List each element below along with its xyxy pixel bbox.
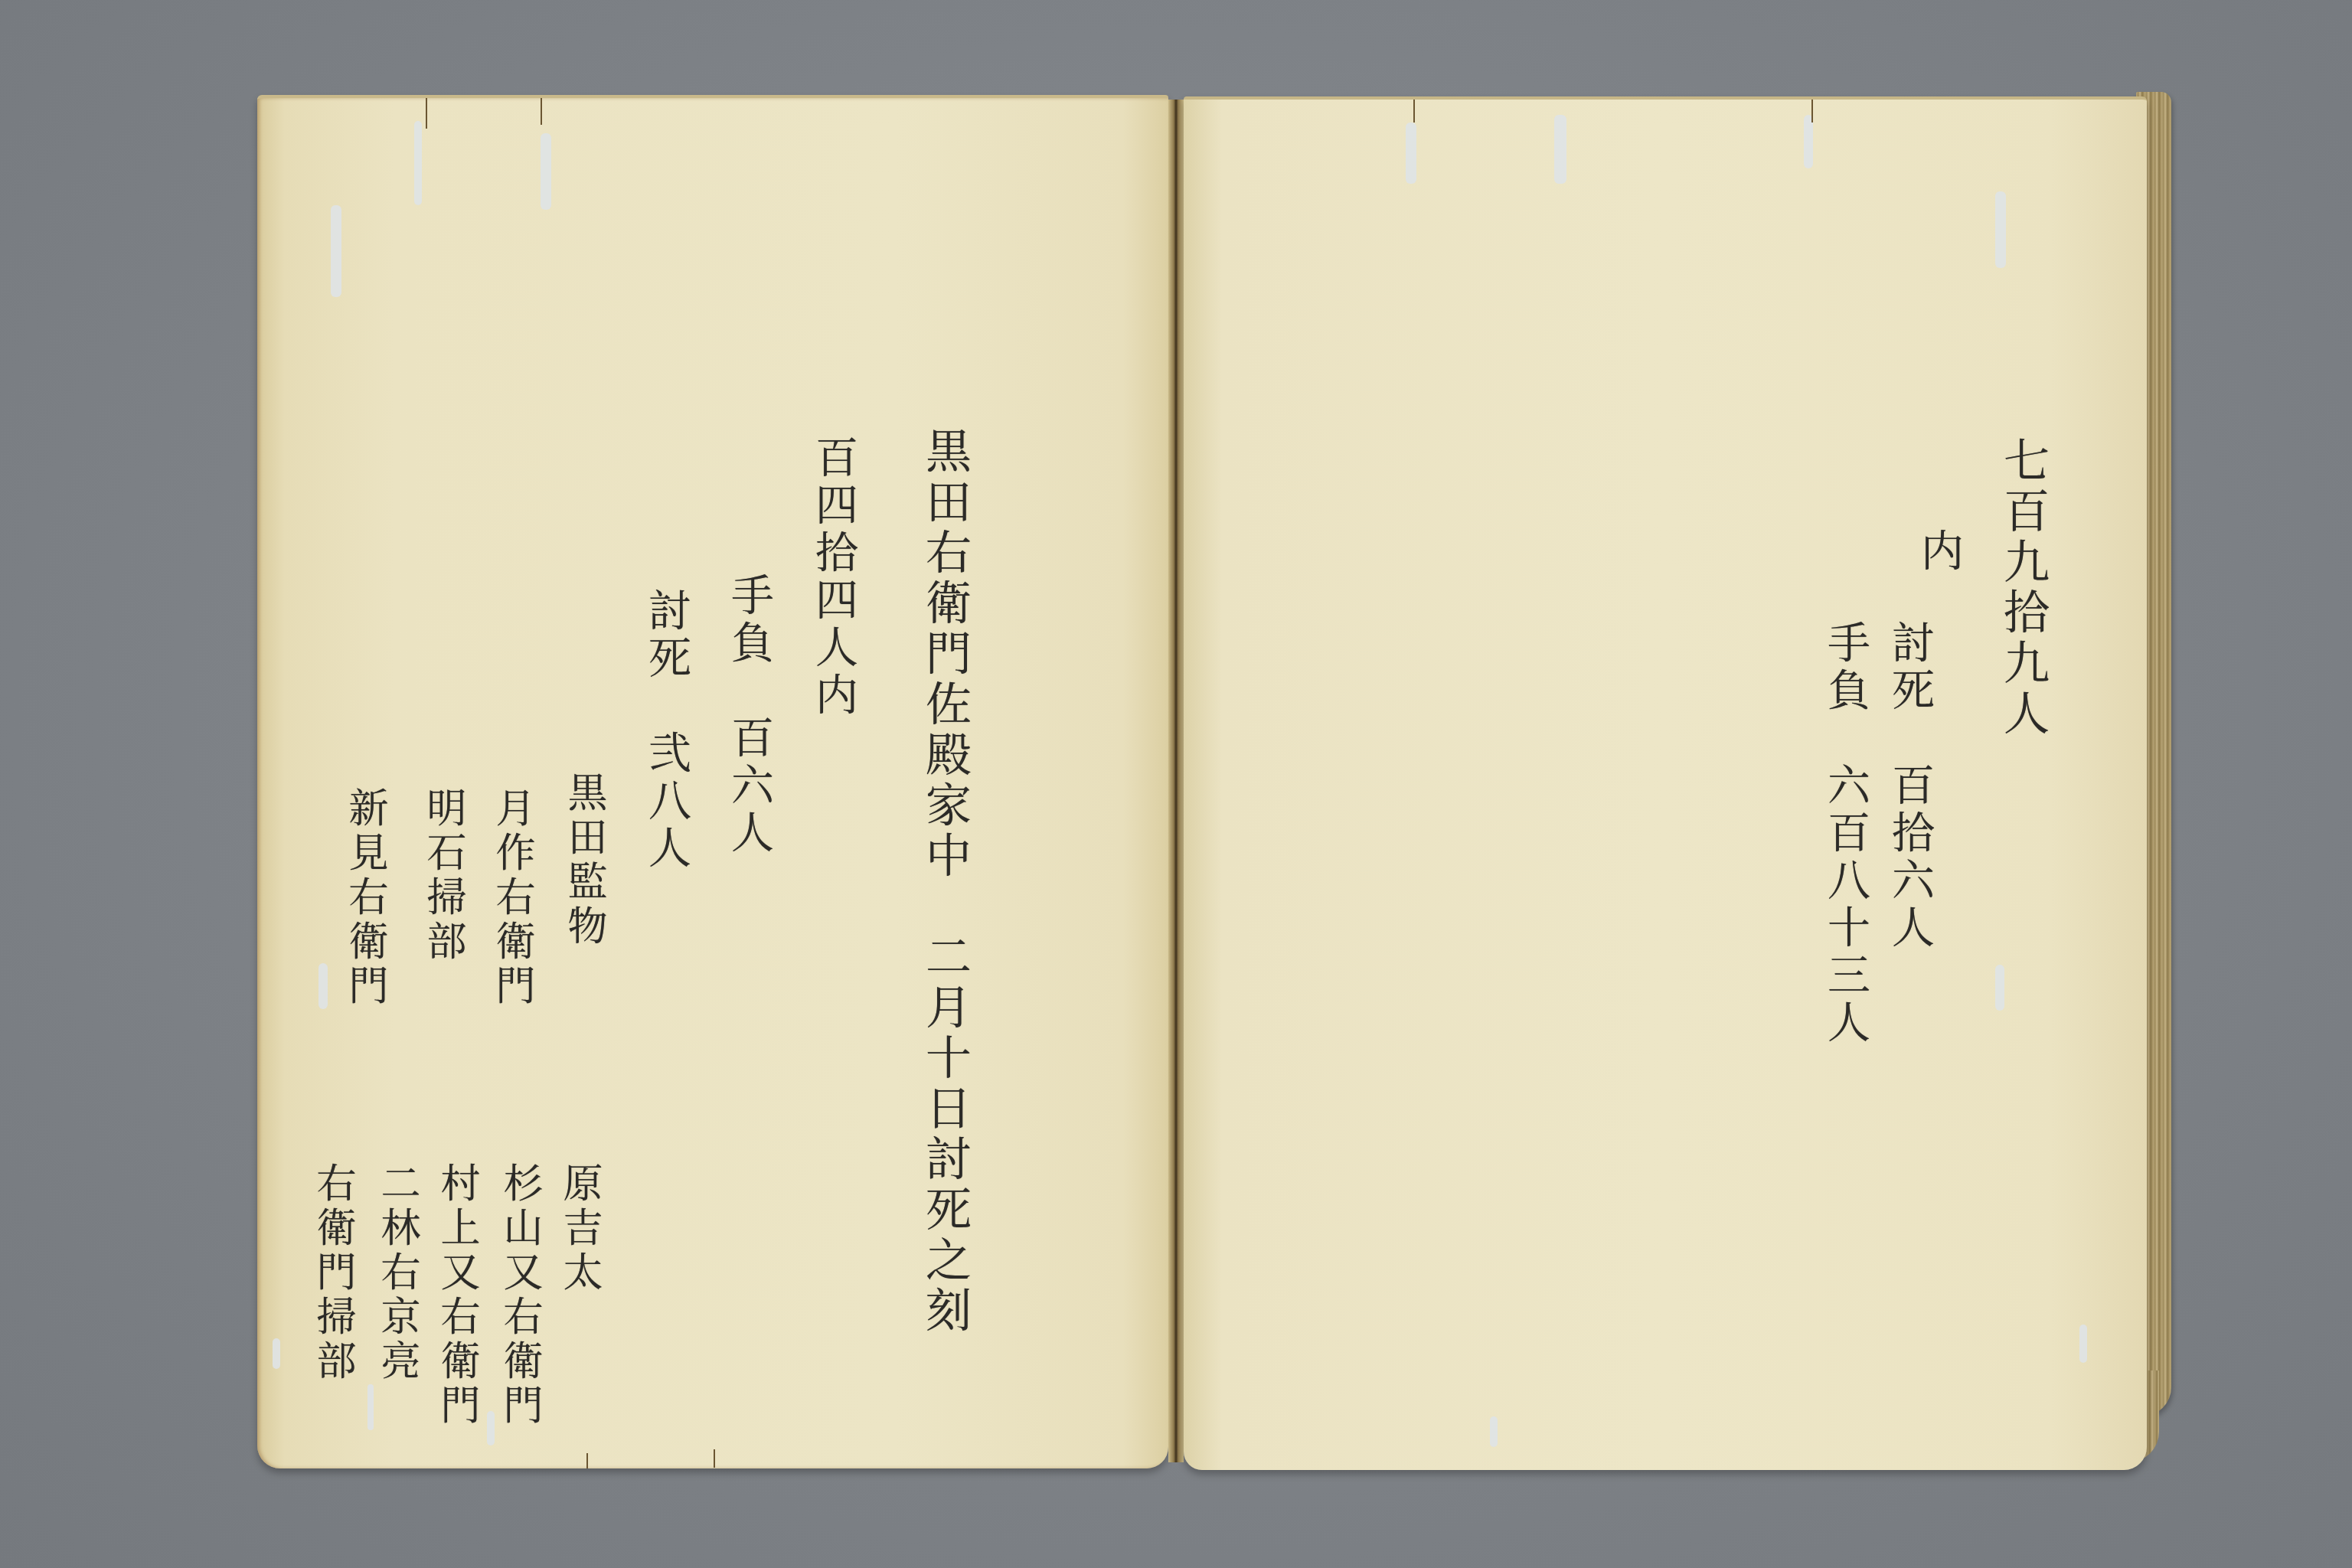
repair-mark (541, 133, 551, 210)
repair-mark (1995, 965, 2004, 1011)
open-book: 黒田右衛門佐殿家中 二月十日討死之刻 百四拾四人内 手負 百六人 討死 弐八人 … (0, 0, 2352, 1568)
page-tear (714, 1449, 715, 1468)
repair-mark (367, 1384, 374, 1430)
uchi-column: 内 (1917, 528, 1960, 576)
repair-mark (318, 963, 328, 1009)
page-tear (1413, 100, 1415, 122)
name-entry: 杉山又右衛門 (499, 1162, 539, 1429)
repair-mark (1804, 115, 1813, 168)
subtotal-column: 百四拾四人内 (812, 435, 854, 720)
repair-mark (2079, 1325, 2087, 1363)
breakdown-killed: 討死 弐八人 (645, 588, 688, 873)
repair-mark (414, 121, 422, 205)
repair-mark (487, 1411, 495, 1445)
header-column: 黒田右衛門佐殿家中 二月十日討死之刻 (922, 427, 968, 1337)
repair-mark (1995, 191, 2006, 268)
left-page: 黒田右衛門佐殿家中 二月十日討死之刻 百四拾四人内 手負 百六人 討死 弐八人 … (257, 95, 1168, 1468)
page-tear (586, 1453, 588, 1468)
name-entry: 明石掃部 (423, 787, 462, 965)
book-gutter (1168, 100, 1184, 1462)
repair-mark (1406, 122, 1416, 184)
wounded-count-column: 手負 六百八十三人 (1824, 620, 1867, 1047)
breakdown-wounded: 手負 百六人 (727, 573, 770, 857)
name-entry: 村上又右衛門 (436, 1162, 476, 1429)
name-entry: 新見右衛門 (345, 787, 384, 1009)
page-tear (541, 98, 542, 125)
name-entry: 右衛門掃部 (312, 1162, 352, 1384)
repair-mark (1490, 1416, 1498, 1447)
name-entry: 黒田監物 (563, 772, 603, 949)
right-page: 七百九拾九人 内 討死 百拾六人 手負 六百八十三人 (1184, 96, 2147, 1470)
repair-mark (273, 1338, 280, 1369)
name-entry: 原吉太 (559, 1162, 599, 1295)
repair-mark (1554, 115, 1566, 184)
name-entry: 二林右京亮 (377, 1162, 416, 1384)
page-tear (426, 98, 427, 129)
page-tear (1811, 100, 1813, 122)
killed-count-column: 討死 百拾六人 (1888, 620, 1931, 952)
repair-mark (331, 205, 341, 297)
name-entry: 月作右衛門 (492, 787, 531, 1009)
total-count-column: 七百九拾九人 (2000, 436, 2046, 740)
